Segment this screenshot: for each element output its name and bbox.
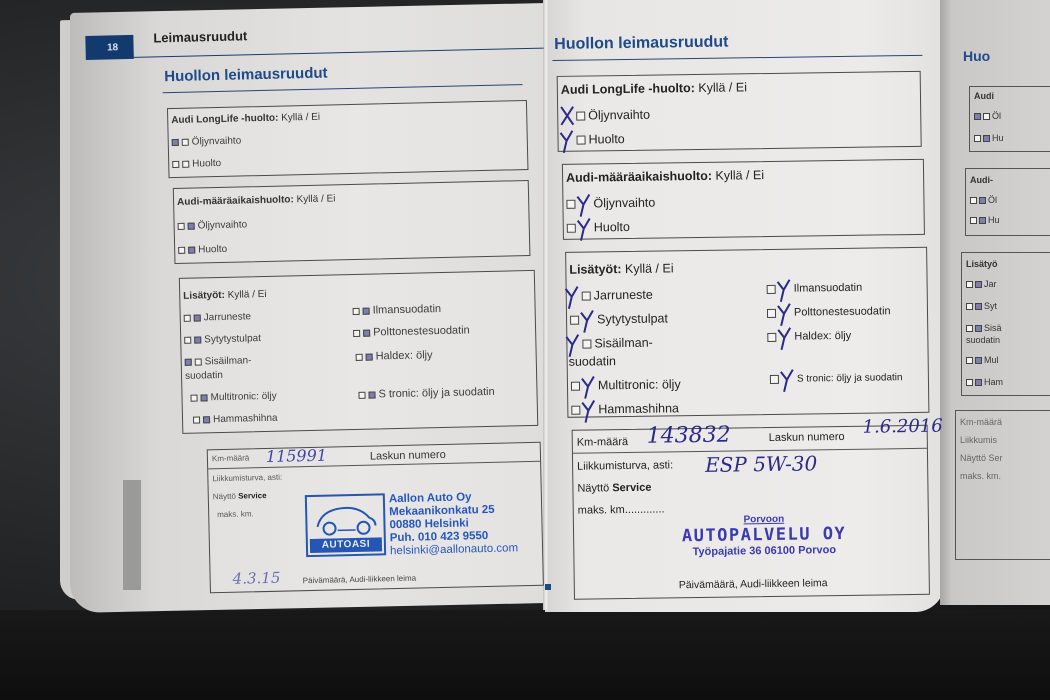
yes-checkbox[interactable] <box>184 337 191 344</box>
far-page-content: Huo Audi Öl Hu Audi- Öl Hu Lisätyö Jar S… <box>955 40 1050 580</box>
display-label: Näyttö Service <box>577 482 651 495</box>
yes-checkbox[interactable] <box>570 315 579 324</box>
checkbox-row-service: Huolto <box>178 244 227 256</box>
row-label-continuation: suodatin <box>185 370 223 382</box>
handwritten-check-mark <box>779 282 791 296</box>
partial-row: Syt <box>966 301 997 311</box>
scheduled-service-box: Audi-määräaikaishuolto: Kyllä / Ei Öljyn… <box>562 159 925 240</box>
row-label: Polttonestesuodatin <box>373 324 470 338</box>
section-rule <box>163 84 523 93</box>
assistance-label: Liikkumisturva, asti: <box>577 459 673 472</box>
extra-work-box: Lisätyöt: Kyllä / Ei Jarruneste Sytytyst… <box>565 247 929 418</box>
checkbox-row-spark-plugs: Sytytystulpat <box>184 333 261 346</box>
checkbox-row-timing-belt: Hammashihna <box>193 413 278 426</box>
no-checkbox[interactable] <box>363 307 370 314</box>
yes-checkbox[interactable] <box>185 359 192 366</box>
date-handwritten: 1.6.2016 <box>862 416 942 438</box>
handwritten-check-mark <box>779 306 791 320</box>
scheduled-label: Audi-määräaikaishuolto: Kyllä / Ei <box>177 193 336 208</box>
row-label: Haldex: öljy <box>376 349 433 362</box>
stamp-text: Aallon Auto Oy Mekaanikonkatu 25 00880 H… <box>389 490 518 558</box>
partial-box-record: Km-määrä Liikkumis Näyttö Ser maks. km. <box>955 410 1050 560</box>
yes-checkbox[interactable] <box>571 405 580 414</box>
scheduled-label: Audi-määräaikaishuolto: Kyllä / Ei <box>566 168 764 185</box>
handwritten-check-mark <box>779 330 791 344</box>
partial-row: Öl <box>970 195 997 205</box>
row-label-continuation: suodatin <box>569 354 616 369</box>
partial-label: Näyttö Ser <box>960 453 1003 463</box>
row-label: Hammashihna <box>598 401 679 416</box>
partial-box-scheduled: Audi- Öl Hu <box>965 168 1050 236</box>
section-title: Huollon leimausruudut <box>554 34 728 54</box>
invoice-label: Laskun numero <box>769 431 845 444</box>
extra-work-label: Lisätyöt: Kyllä / Ei <box>569 261 673 276</box>
longlife-box: Audi LongLife -huolto: Kyllä / Ei Öljynv… <box>557 71 922 152</box>
yes-checkbox[interactable] <box>184 315 191 322</box>
extra-work-label: Lisätyöt: Kyllä / Ei <box>183 289 267 302</box>
partial-label: Km-määrä <box>960 417 1002 427</box>
checkbox-row-spark-plugs: Sytytystulpat <box>570 311 668 326</box>
checkbox-row-cabin-filter: Sisäilman- <box>567 336 653 351</box>
checkbox-row-s-tronic: S tronic: öljy ja suodatin <box>770 370 903 386</box>
yes-checkbox[interactable] <box>172 139 179 146</box>
right-page-content: Huollon leimausruudut Audi LongLife -huo… <box>552 23 940 608</box>
dealer-stamp-autopalvelu: Porvoon AUTOPALVELU OY Työpajatie 36 061… <box>664 513 865 559</box>
partial-row: Hu <box>974 133 1004 143</box>
max-km-label: maks. km. <box>217 509 254 519</box>
section-title-partial: Huo <box>963 48 990 64</box>
left-page-content: 18 Leimausruudut Huollon leimausruudut A… <box>85 12 548 602</box>
row-label: Huolto <box>588 132 624 147</box>
row-label: Haldex: öljy <box>794 330 851 343</box>
service-record-box: Km-määrä 143832 Laskun numero 1.6.2016 L… <box>572 425 930 600</box>
dealer-stamp-aallon-auto: AUTOASI Aallon Auto Oy Mekaanikonkatu 25… <box>305 490 527 567</box>
handwritten-check-mark <box>583 402 595 416</box>
row-label: Multitronic: öljy <box>598 377 681 392</box>
handwritten-check-mark <box>782 372 794 386</box>
checkbox-row-service: Huolto <box>567 220 630 235</box>
checkbox-row-air-filter: Ilmansuodatin <box>767 281 863 296</box>
checkbox-row-cabin-filter: Sisäilman- <box>185 355 252 368</box>
no-checkbox[interactable] <box>194 314 201 321</box>
footer-label: Päivämäärä, Audi-liikkeen leima <box>679 577 828 591</box>
yes-checkbox[interactable] <box>356 353 363 360</box>
longlife-box: Audi LongLife -huolto: Kyllä / Ei Öljynv… <box>167 100 528 178</box>
no-checkbox[interactable] <box>582 291 591 300</box>
display-label: Näyttö Service <box>213 491 267 501</box>
row-label: Öljynvaihto <box>588 108 650 123</box>
yes-checkbox[interactable] <box>178 247 185 254</box>
date-handwritten: 4.3.15 <box>232 569 280 588</box>
checkbox-row-brake-fluid: Jarruneste <box>184 311 251 324</box>
handwritten-x-mark <box>561 109 573 123</box>
yes-checkbox[interactable] <box>567 223 576 232</box>
row-label: Polttonestesuodatin <box>794 305 891 318</box>
partial-box-longlife: Audi Öl Hu <box>969 86 1050 152</box>
yes-checkbox[interactable] <box>193 416 200 423</box>
longlife-label: Audi LongLife -huolto: Kyllä / Ei <box>171 112 320 126</box>
row-label: Jarruneste <box>594 288 653 303</box>
no-checkbox[interactable] <box>188 223 195 230</box>
row-label: Multitronic: öljy <box>210 391 276 403</box>
checkbox-row-fuel-filter: Polttonestesuodatin <box>767 304 891 320</box>
checkbox-row-service: Huolto <box>561 132 624 147</box>
checkbox-row-service: Huolto <box>172 158 221 170</box>
row-label: S tronic: öljy ja suodatin <box>378 386 494 401</box>
handwritten-check-mark <box>579 220 591 234</box>
partial-row: Sisä <box>966 323 1002 333</box>
longlife-label: Audi LongLife -huolto: Kyllä / Ei <box>561 80 747 97</box>
footer-label: Päivämäärä, Audi-liikkeen leima <box>303 574 417 586</box>
max-km-label: maks. km............. <box>578 503 665 516</box>
row-label: S tronic: öljy ja suodatin <box>797 372 903 384</box>
row-label: Huolto <box>198 244 227 256</box>
stamp-company: AUTOPALVELU OY <box>664 524 864 547</box>
stamp-email: helsinki@aallonauto.com <box>390 542 518 558</box>
handwritten-check-mark <box>578 196 590 210</box>
extra-work-box: Lisätyöt: Kyllä / Ei Jarruneste Sytytyst… <box>179 270 538 434</box>
checkbox-row-multitronic: Multitronic: öljy <box>190 391 276 404</box>
handwritten-check-mark <box>561 133 573 147</box>
checkbox-row-oil: Öljynvaihto <box>561 108 650 123</box>
running-rule <box>134 48 544 58</box>
row-label: Jarruneste <box>204 311 251 323</box>
checkbox-row-brake-fluid: Jarruneste <box>567 288 653 303</box>
car-icon <box>307 495 384 541</box>
row-label: Öljynvaihto <box>198 219 248 231</box>
row-label: Sytytystulpat <box>204 333 261 345</box>
partial-row: Hu <box>970 215 1000 225</box>
partial-label: maks. km. <box>960 471 1001 481</box>
page-number: 18 <box>85 35 134 60</box>
autoasi-logo: AUTOASI <box>305 493 386 557</box>
scheduled-service-box: Audi-määräaikaishuolto: Kyllä / Ei Öljyn… <box>173 180 531 264</box>
oil-note-handwritten: ESP 5W-30 <box>705 451 817 477</box>
row-label: Huolto <box>594 220 630 235</box>
yes-checkbox[interactable] <box>353 329 360 336</box>
checkbox-row-air-filter: Ilmansuodatin <box>352 303 441 317</box>
section-rule <box>552 55 922 61</box>
km-value-handwritten: 115991 <box>266 446 327 466</box>
service-record-box: Km-määrä 115991 Laskun numero Liikkumist… <box>207 442 544 594</box>
yes-checkbox[interactable] <box>767 308 776 317</box>
yes-checkbox[interactable] <box>172 161 179 168</box>
km-label: Km-määrä <box>212 453 250 463</box>
checkbox-row-oil: Öljynvaihto <box>172 135 242 148</box>
no-checkbox[interactable] <box>368 391 375 398</box>
no-checkbox[interactable] <box>182 161 189 168</box>
partial-row: suodatin <box>966 335 1000 345</box>
partial-label: Liikkumis <box>960 435 997 445</box>
row-label: Sisäilman- <box>205 355 252 367</box>
assistance-label: Liikkumisturva, asti: <box>212 473 282 484</box>
no-checkbox[interactable] <box>182 139 189 146</box>
checkbox-row-s-tronic: S tronic: öljy ja suodatin <box>358 386 494 401</box>
handwritten-check-mark <box>567 289 579 303</box>
checkbox-row-timing-belt: Hammashihna <box>571 401 679 417</box>
row-label: Huolto <box>192 158 221 170</box>
handwritten-check-mark <box>582 312 594 326</box>
yes-checkbox[interactable] <box>767 284 776 293</box>
no-checkbox[interactable] <box>194 336 201 343</box>
page-marker <box>545 584 551 590</box>
checkbox-row-fuel-filter: Polttonestesuodatin <box>353 324 470 339</box>
row-label: Ilmansuodatin <box>372 303 441 317</box>
partial-row: Öl <box>974 111 1001 121</box>
yes-checkbox[interactable] <box>571 381 580 390</box>
partial-row: Mul <box>966 355 999 365</box>
running-head: Leimausruudut <box>153 28 247 45</box>
stamp-address: Työpajatie 36 06100 Porvoo <box>664 544 864 559</box>
logo-text: AUTOASI <box>310 537 382 553</box>
partial-label: Audi <box>974 91 994 101</box>
no-checkbox[interactable] <box>203 416 210 423</box>
invoice-label: Laskun numero <box>370 449 446 463</box>
partial-label: Audi- <box>970 175 993 185</box>
partial-row: Jar <box>966 279 997 289</box>
checkbox-row-haldex: Haldex: öljy <box>356 349 433 363</box>
yes-checkbox[interactable] <box>770 374 779 383</box>
no-checkbox[interactable] <box>366 353 373 360</box>
checkbox-row-oil: Öljynvaihto <box>566 196 655 211</box>
yes-checkbox[interactable] <box>566 199 575 208</box>
yes-checkbox[interactable] <box>190 395 197 402</box>
yes-checkbox[interactable] <box>767 332 776 341</box>
yes-checkbox[interactable] <box>358 391 365 398</box>
row-label: Öljynvaihto <box>192 135 242 147</box>
row-label: Hammashihna <box>213 413 278 425</box>
row-label: Sisäilman- <box>594 336 653 351</box>
table-surface <box>0 610 1050 700</box>
handwritten-check-mark <box>583 378 595 392</box>
partial-box-extra: Lisätyö Jar Syt Sisä suodatin Mul Ham <box>961 252 1050 396</box>
no-checkbox[interactable] <box>195 358 202 365</box>
yes-checkbox[interactable] <box>178 223 185 230</box>
no-checkbox[interactable] <box>576 111 585 120</box>
partial-label: Lisätyö <box>966 259 998 269</box>
no-checkbox[interactable] <box>188 247 195 254</box>
handwritten-check-mark <box>567 337 579 351</box>
partial-row: Ham <box>966 377 1003 387</box>
no-checkbox[interactable] <box>582 339 591 348</box>
row-label: Öljynvaihto <box>593 196 655 211</box>
row-label: Sytytystulpat <box>597 311 668 326</box>
no-checkbox[interactable] <box>363 329 370 336</box>
km-value-handwritten: 143832 <box>647 423 731 449</box>
yes-checkbox[interactable] <box>353 307 360 314</box>
checkbox-row-haldex: Haldex: öljy <box>767 329 851 344</box>
no-checkbox[interactable] <box>200 394 207 401</box>
km-label: Km-määrä <box>577 436 629 449</box>
section-title: Huollon leimausruudut <box>164 65 328 86</box>
checkbox-row-multitronic: Multitronic: öljy <box>571 377 681 393</box>
checkbox-row-oil: Öljynvaihto <box>178 219 248 232</box>
row-label: Ilmansuodatin <box>794 282 863 295</box>
no-checkbox[interactable] <box>576 135 585 144</box>
